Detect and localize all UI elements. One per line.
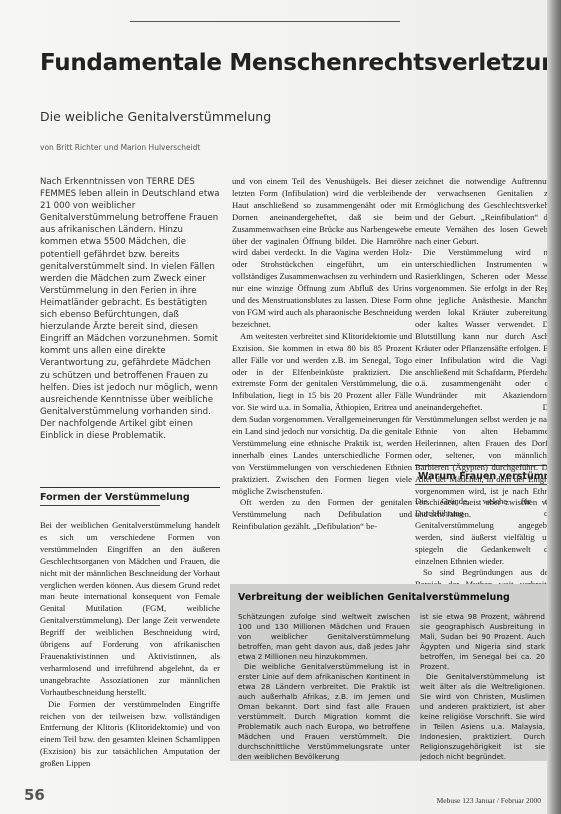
article-title: Fundamentale Menschenrechtsverletzung [40, 50, 561, 76]
article-subtitle: Die weibliche Genitalverstümmelung [40, 109, 271, 124]
paragraph: Die weibliche Genitalverstümmelung ist i… [238, 662, 410, 762]
paragraph: Die Genitalverstümmelung ist weit älter … [420, 672, 545, 762]
section-underline-why [415, 484, 555, 485]
info-box-title: Verbreitung der weiblichen Genitalverstü… [238, 592, 510, 603]
section-heading-forms: Formen der Verstümmelung [40, 492, 190, 503]
column-middle: und von einem Teil des Venushügels. Bei … [232, 176, 412, 533]
section-underline-forms [40, 505, 160, 506]
paragraph: Oft werden zu den Formen der genitalen V… [232, 497, 412, 533]
publication-footer: Mebuse 123 Januar / Februar 2000 [437, 796, 541, 805]
column-right: zeichnet die notwendige Auftrennung der … [415, 176, 555, 521]
info-box-column-1: Schätzungen zufolge sind weltweit zwisch… [238, 612, 410, 762]
section-heading-why: Warum Frauen verstümmelt werden [418, 471, 561, 482]
paragraph: Am weitesten verbreitet sind Klitoridekt… [232, 331, 412, 498]
paragraph: Die Formen der verstümmelnden Eingriffe … [40, 699, 220, 770]
article-intro: Nach Erkenntnissen von TERRE DES FEMMES … [40, 176, 220, 442]
paragraph: Schätzungen zufolge sind weltweit zwisch… [238, 612, 410, 662]
info-box-distribution: Verbreitung der weiblichen Genitalverstü… [230, 584, 560, 761]
page-spine-shadow [547, 0, 561, 814]
column-left: Bei der weiblichen Genitalverstümmelung … [40, 520, 220, 770]
paragraph: Bei der weiblichen Genitalverstümmelung … [40, 520, 220, 699]
page-number: 56 [24, 786, 45, 804]
paragraph: Die Gründe, welche für die Durchführung … [415, 496, 555, 567]
paragraph: und von einem Teil des Venushügels. Bei … [232, 176, 412, 331]
paragraph: ist sie etwa 98 Prozent, während sie geo… [420, 612, 545, 672]
section-rule-forms [40, 487, 220, 488]
top-rule [130, 21, 400, 22]
magazine-page: Fundamentale Menschenrechtsverletzung Di… [0, 0, 561, 814]
info-box-column-2: ist sie etwa 98 Prozent, während sie geo… [420, 612, 545, 762]
paragraph: zeichnet die notwendige Auftrennung der … [415, 176, 555, 247]
section-rule-why [415, 465, 555, 466]
article-byline: von Britt Richter und Marion Hulverschei… [40, 143, 200, 152]
